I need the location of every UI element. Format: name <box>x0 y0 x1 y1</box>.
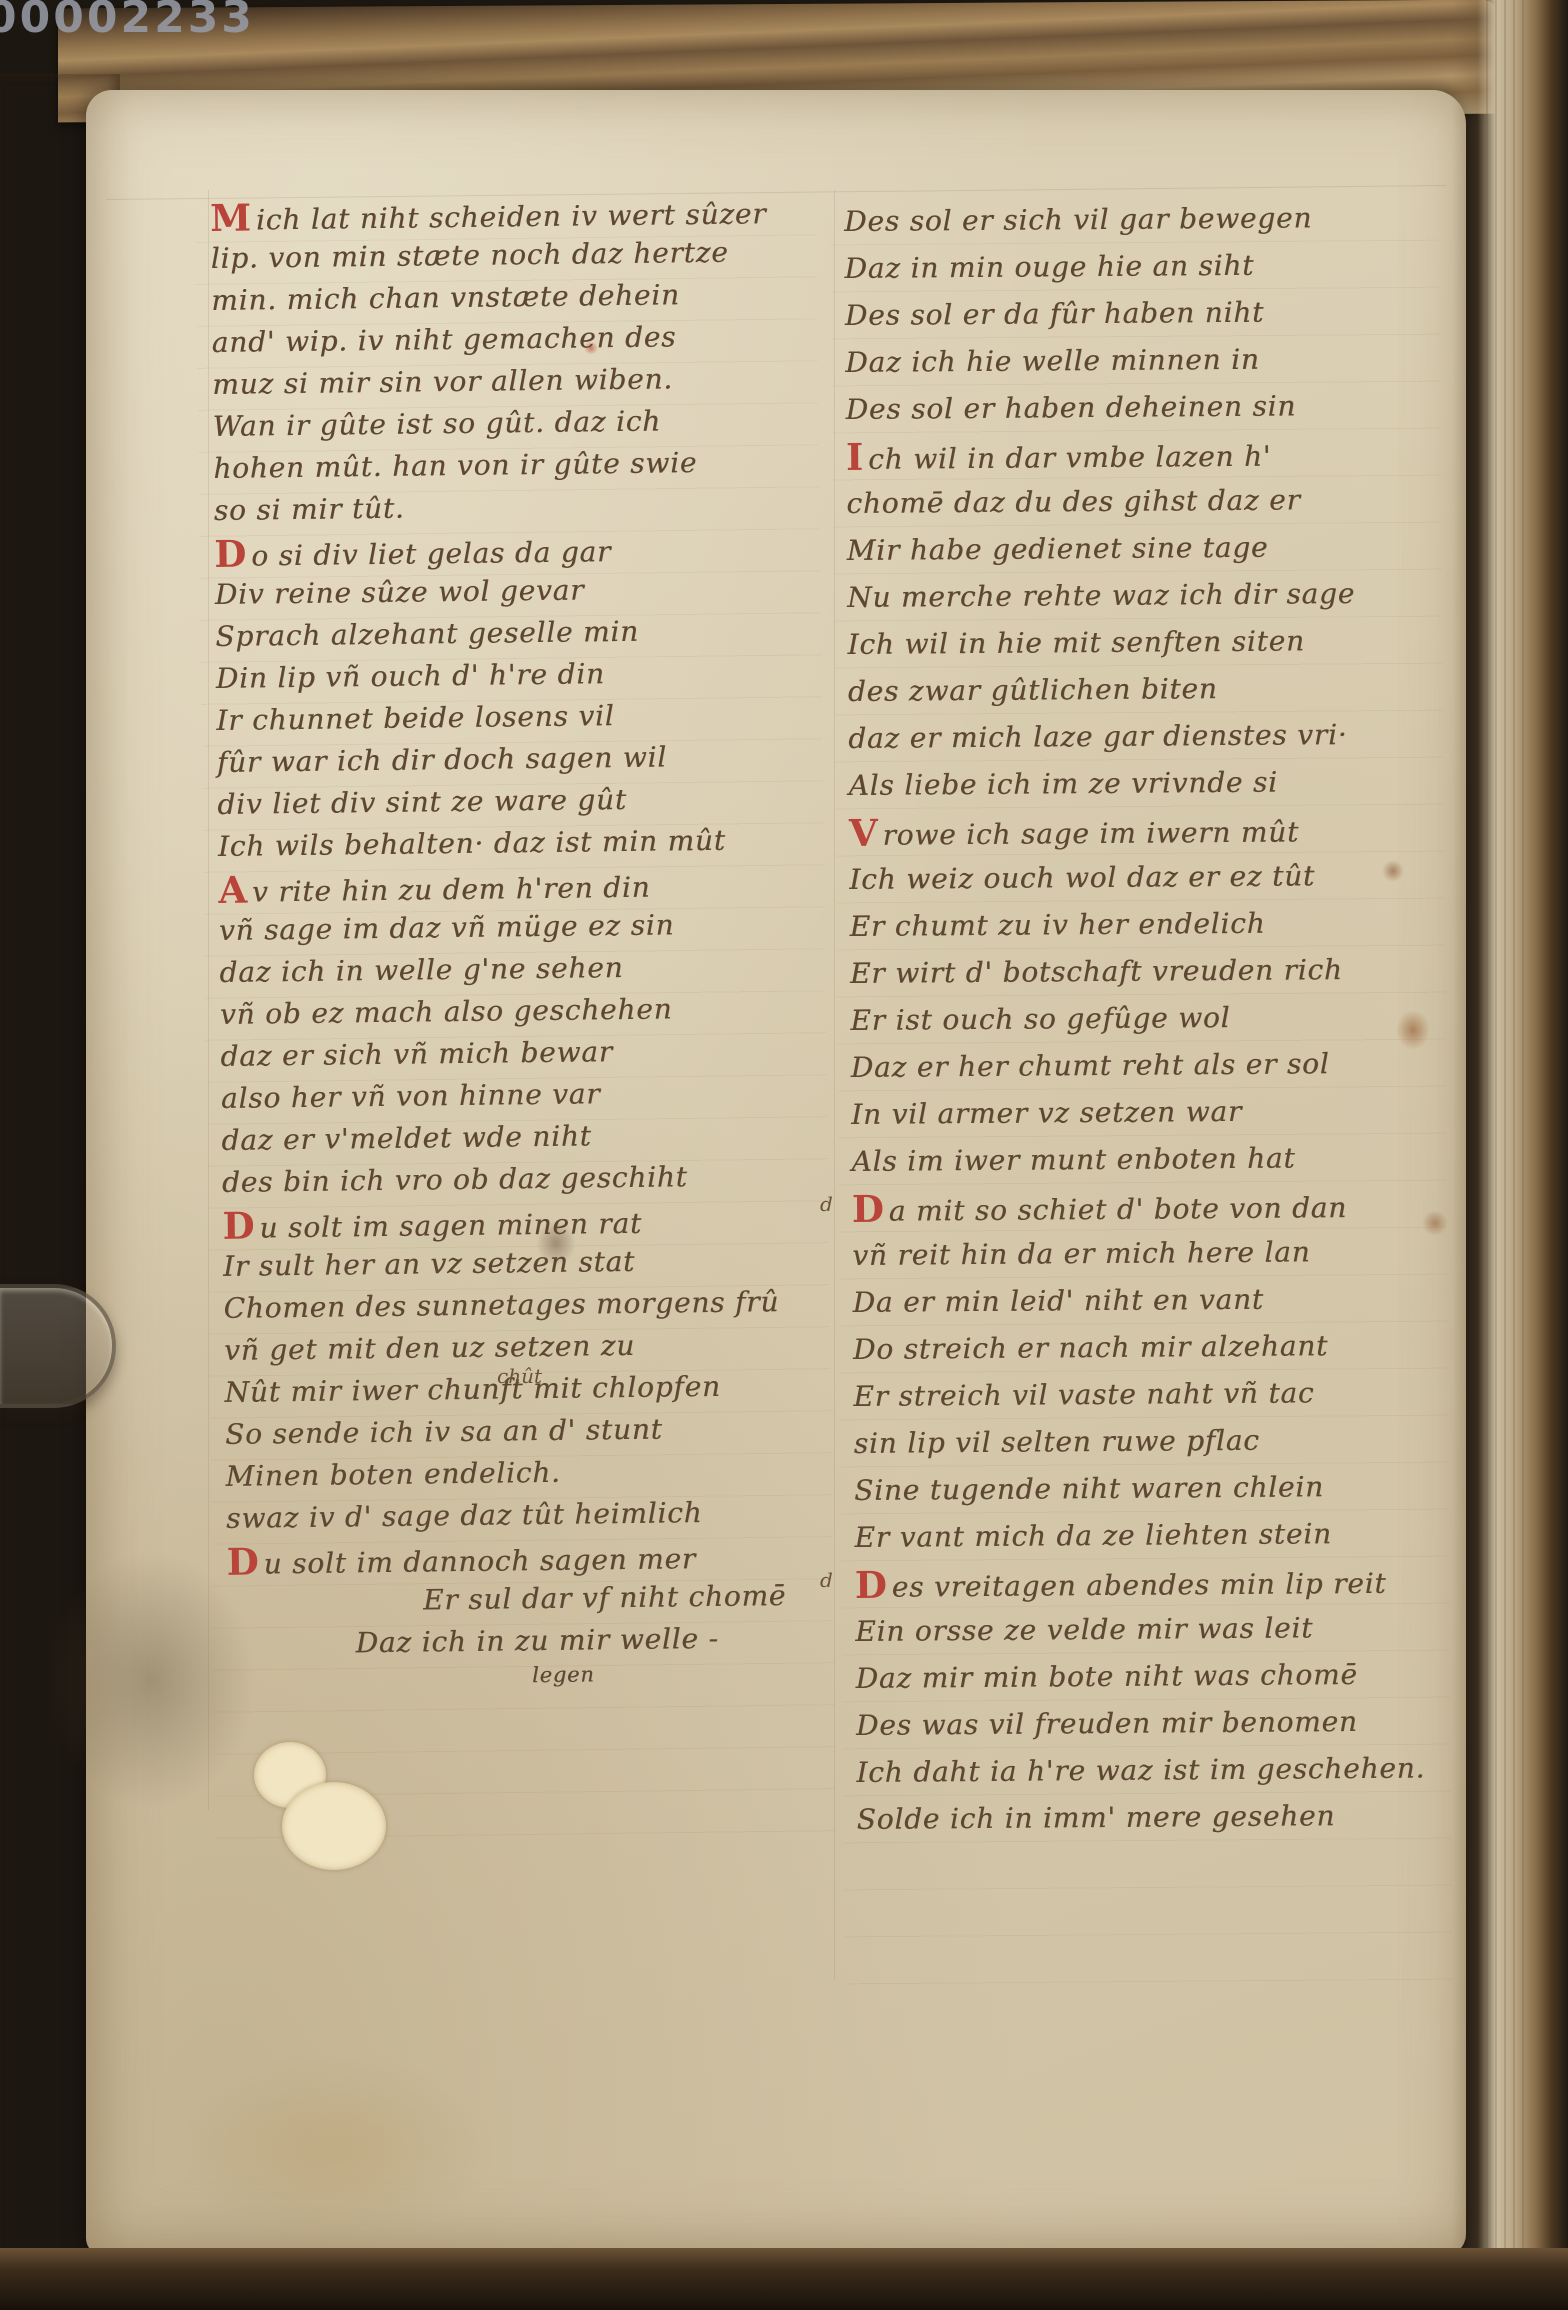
margin-note: d <box>820 1568 833 1592</box>
manuscript-line: vñ reit hin da er mich here lan <box>852 1228 1421 1279</box>
manuscript-line: div liet div sint ze ware gût <box>217 777 777 826</box>
manuscript-line: vñ ob ez mach also geschehen <box>220 987 780 1036</box>
manuscript-line: so si mir tût. <box>214 483 774 532</box>
manuscript-line: Des sol er sich vil gar bewegen <box>844 194 1413 245</box>
manuscript-line: Div reine sûze wol gevar <box>215 567 775 616</box>
manuscript-line: vñ sage im daz vñ müge ez sin <box>219 903 779 952</box>
manuscript-line: Din lip vñ ouch d' h're din <box>216 651 776 700</box>
manuscript-line: Er wirt d' botschaft vreuden rich <box>850 946 1419 997</box>
manuscript-line: Wan ir gûte ist so gût. daz ich <box>213 399 773 448</box>
manuscript-line: Ir sult her an vz setzen stat <box>223 1239 783 1288</box>
ruling-line-right-column <box>834 190 835 1980</box>
parchment-hole <box>248 1742 398 1870</box>
manuscript-line: hohen mût. han von ir gûte swie <box>213 441 773 490</box>
manuscript-line: Als im iwer munt enboten hat <box>851 1134 1420 1185</box>
manuscript-line: Des vreitagen abendes min lip reit <box>855 1556 1424 1607</box>
manuscript-line: Du solt im sagen minen rat <box>222 1197 782 1246</box>
manuscript-line: Er sul dar vf niht chomē <box>423 1575 787 1621</box>
watermark-number: 00002233 <box>0 0 255 43</box>
manuscript-line: Des sol er da fûr haben niht <box>845 288 1414 339</box>
manuscript-line: Ich wil in dar vmbe lazen h' <box>846 429 1415 480</box>
manuscript-line: Ich weiz ouch wol daz er ez tût <box>849 852 1418 903</box>
manuscript-line: des zwar gûtlichen biten <box>848 664 1417 715</box>
manuscript-line: Er chumt zu iv her endelich <box>850 899 1419 950</box>
margin-note: d <box>820 1192 833 1216</box>
manuscript-line: daz er mich laze gar dienstes vri· <box>848 711 1417 762</box>
rubric-initial: I <box>846 435 864 479</box>
manuscript-line: Er streich vil vaste naht vñ tac <box>853 1368 1422 1419</box>
rubric-initial: V <box>849 811 879 855</box>
manuscript-line: Er vant mich da ze liehten stein <box>854 1509 1423 1560</box>
manuscript-line: fûr war ich dir doch sagen wil <box>217 735 777 784</box>
manuscript-line: min. mich chan vnstæte dehein <box>211 273 771 322</box>
manuscript-line: Sprach alzehant geselle min <box>215 609 775 658</box>
book-gutter-and-facing-page <box>1452 0 1568 2310</box>
text-column-left: Mich lat niht scheiden iv wert sûzerlip.… <box>210 189 787 1696</box>
manuscript-line: Minen boten endelich. <box>225 1449 785 1498</box>
manuscript-line: daz er sich vñ mich bewar <box>220 1029 780 1078</box>
manuscript-line: So sende ich iv sa an d' stunt <box>225 1407 785 1456</box>
manuscript-line: Des sol er haben deheinen sin <box>845 382 1414 433</box>
manuscript-line: chomē daz du des gihst daz er <box>846 476 1415 527</box>
manuscript-line: Als liebe ich im ze vrivnde si <box>848 758 1417 809</box>
manuscript-line: Er ist ouch so gefûge wol <box>850 993 1419 1044</box>
manuscript-line: Des was vil freuden mir benomen <box>856 1697 1425 1748</box>
manuscript-line: Solde ich in imm' mere gesehen <box>857 1791 1426 1842</box>
manuscript-line: Nu merche rehte waz ich dir sage <box>847 570 1416 621</box>
manuscript-line: Mich lat niht scheiden iv wert sûzer <box>210 189 770 238</box>
manuscript-line: Daz ich in zu mir welle - <box>355 1617 787 1664</box>
rubric-initial: D <box>852 1187 885 1231</box>
manuscript-line: Daz in min ouge hie an siht <box>844 241 1413 292</box>
manuscript-line: Ich wil in hie mit senften siten <box>847 617 1416 668</box>
manuscript-line: Da er min leid' niht en vant <box>852 1274 1421 1325</box>
manuscript-line: also her vñ von hinne var <box>221 1071 781 1120</box>
manuscript-line: Ein orsse ze velde mir was leit <box>855 1603 1424 1654</box>
manuscript-line: daz ich in welle g'ne sehen <box>219 945 779 994</box>
manuscript-line: Chomen des sunnetages morgens frû <box>223 1281 783 1330</box>
rubric-initial: D <box>222 1204 255 1248</box>
manuscript-line: Vrowe ich sage im iwern mût <box>849 805 1418 856</box>
rubric-initial: M <box>210 195 252 240</box>
manuscript-line: and' wip. iv niht gemachen des <box>212 315 772 364</box>
manuscript-photo: Mich lat niht scheiden iv wert sûzerlip.… <box>0 0 1568 2310</box>
stain-brown-spot-gutter-3 <box>1422 1210 1448 1236</box>
manuscript-line: Mir habe gedienet sine tage <box>847 523 1416 574</box>
manuscript-line: Ir chunnet beide losens vil <box>216 693 776 742</box>
parchment-hole-lobe <box>282 1782 386 1870</box>
book-edge-bottom <box>0 2248 1568 2310</box>
manuscript-line: lip. von min stæte noch daz hertze <box>211 231 771 280</box>
manuscript-line: In vil armer vz setzen war <box>851 1087 1420 1138</box>
manuscript-line: Ich daht ia h're waz ist im geschehen. <box>856 1744 1425 1795</box>
manuscript-line: des bin ich vro ob daz geschiht <box>222 1155 782 1204</box>
rubric-initial: D <box>226 1539 259 1583</box>
manuscript-line: Du solt im dannoch sagen mer <box>226 1533 786 1582</box>
rubric-initial: D <box>214 532 247 576</box>
manuscript-line: sin lip vil selten ruwe pflac <box>854 1415 1423 1466</box>
manuscript-line: Daz er her chumt reht als er sol <box>851 1040 1420 1091</box>
text-column-right: Des sol er sich vil gar bewegenDaz in mi… <box>844 194 1426 1843</box>
manuscript-line: Ich wils behalten· daz ist min mût <box>218 819 778 868</box>
manuscript-line: Av rite hin zu dem h'ren din <box>218 861 778 910</box>
manuscript-line: muz si mir sin vor allen wiben. <box>212 357 772 406</box>
manuscript-line: legen <box>532 1659 787 1692</box>
margin-note: chût <box>497 1364 542 1388</box>
stain-yellow-bottom <box>176 2050 496 2250</box>
manuscript-line: Do streich er nach mir alzehant <box>853 1321 1422 1372</box>
manuscript-line: swaz iv d' sage daz tût heimlich <box>226 1491 786 1540</box>
manuscript-line: Do si div liet gelas da gar <box>214 525 774 574</box>
manuscript-line: Daz ich hie welle minnen in <box>845 335 1414 386</box>
ruling-line-left-column <box>208 190 209 1810</box>
manuscript-line: Daz mir min bote niht was chomē <box>855 1650 1424 1701</box>
rubric-initial: A <box>218 868 248 912</box>
manuscript-line: Da mit so schiet d' bote von dan <box>852 1181 1421 1232</box>
rubric-initial: D <box>855 1563 888 1607</box>
manuscript-line: daz er v'meldet wde niht <box>221 1113 781 1162</box>
manuscript-line: Sine tugende niht waren chlein <box>854 1462 1423 1513</box>
